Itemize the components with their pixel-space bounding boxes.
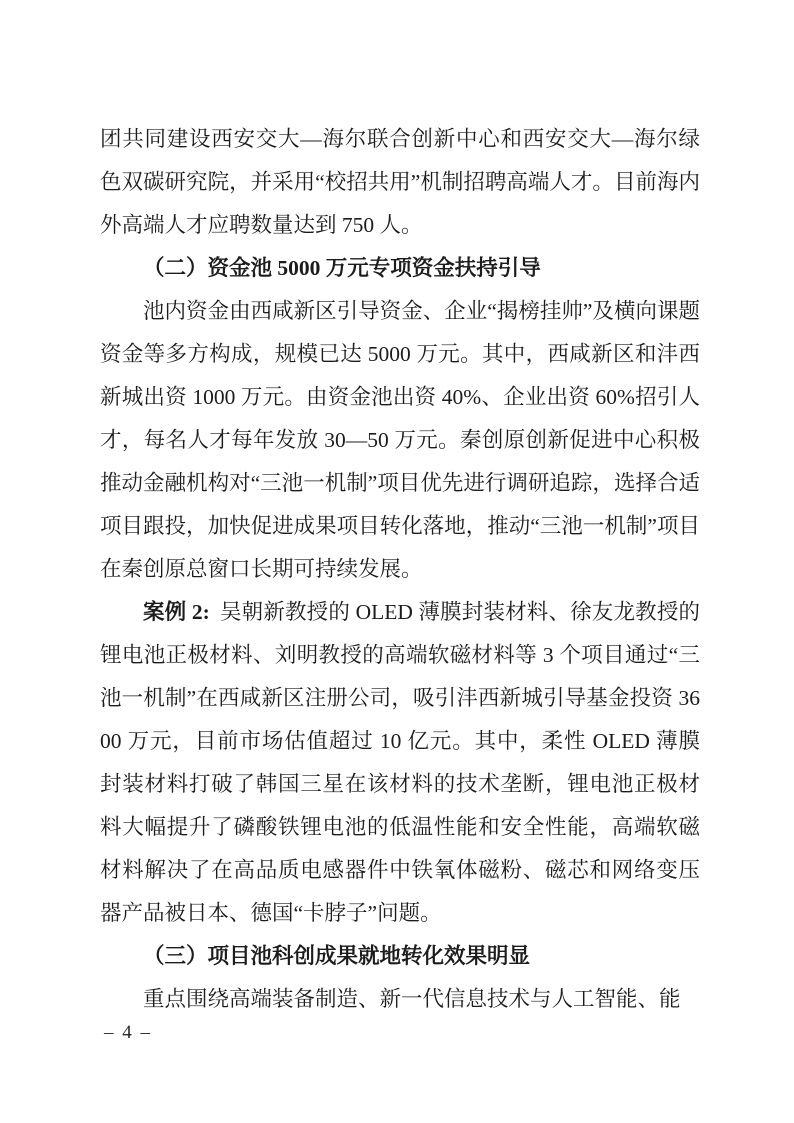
page-number: – 4 – — [104, 1022, 152, 1044]
section-heading-2-fund-pool: （二）资金池 5000 万元专项资金扶持引导 — [100, 247, 700, 290]
document-page: 团共同建设西安交大—海尔联合创新中心和西安交大—海尔绿色双碳研究院，并采用“校招… — [0, 0, 794, 1123]
paragraph-project-pool-intro: 重点围绕高端装备制造、新一代信息技术与人工智能、能 — [100, 978, 700, 1021]
case-2-text: 吴朝新教授的 OLED 薄膜封装材料、徐友龙教授的锂电池正极材料、刘明教授的高端… — [100, 600, 700, 925]
paragraph-continuation-haier: 团共同建设西安交大—海尔联合创新中心和西安交大—海尔绿色双碳研究院，并采用“校招… — [100, 118, 700, 247]
page-body-text: 团共同建设西安交大—海尔联合创新中心和西安交大—海尔绿色双碳研究院，并采用“校招… — [100, 118, 700, 1021]
paragraph-fund-pool-detail: 池内资金由西咸新区引导资金、企业“揭榜挂帅”及横向课题资金等多方构成，规模已达 … — [100, 290, 700, 591]
paragraph-case-2: 案例 2:吴朝新教授的 OLED 薄膜封装材料、徐友龙教授的锂电池正极材料、刘明… — [100, 591, 700, 935]
case-2-label: 案例 2: — [143, 600, 210, 624]
section-heading-3-project-pool: （三）项目池科创成果就地转化效果明显 — [100, 935, 700, 978]
